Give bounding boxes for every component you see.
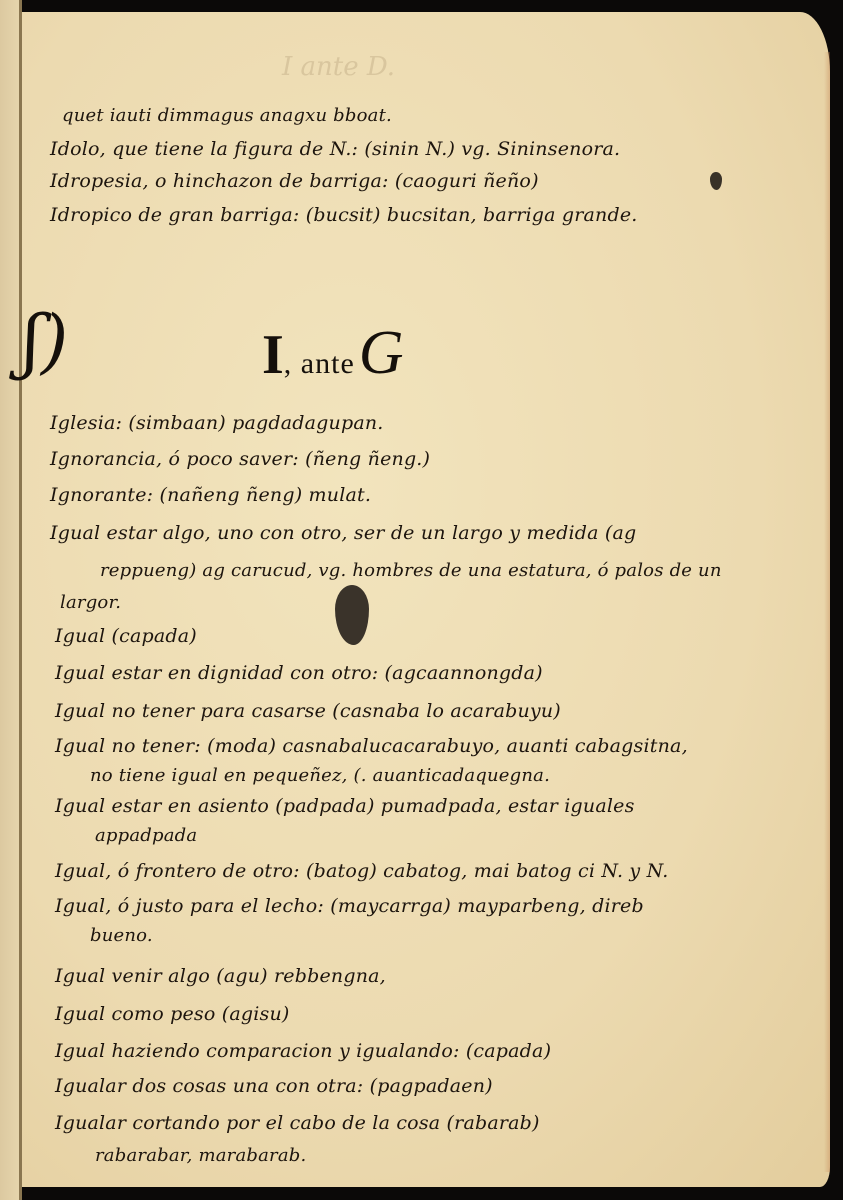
entry-13: Igual, ó frontero de otro: (batog) cabat… (55, 860, 668, 882)
entry-2: Ignorante: (nañeng ñeng) mulat. (50, 484, 371, 506)
entry-8: Igual no tener para casarse (casnaba lo … (55, 700, 561, 722)
line-top-2: Idropesia, o hinchazon de barriga: (caog… (50, 170, 539, 192)
heading-following-letter: G (359, 319, 404, 387)
entry-12: appadpada (95, 825, 197, 846)
entry-0: Iglesia: (simbaan) pagdadagupan. (50, 412, 384, 434)
entry-1: Ignorancia, ó poco saver: (ñeng ñeng.) (50, 448, 430, 470)
adjacent-left-page (0, 0, 20, 1200)
section-heading: I, ante G (262, 318, 404, 389)
heading-text: , ante (284, 347, 355, 380)
entry-19: Igualar dos cosas una con otra: (pagpada… (55, 1075, 493, 1097)
entry-5: largor. (60, 592, 121, 613)
entry-3: Igual estar algo, uno con otro, ser de u… (50, 522, 636, 544)
entry-10: no tiene igual en pequeñez, (. auanticad… (90, 765, 550, 786)
heading-letter: I (262, 324, 284, 386)
entry-6: Igual (capada) (55, 625, 197, 647)
bleedthrough-header: I ante D. (282, 52, 395, 82)
entry-4: reppueng) ag carucud, vg. hombres de una… (100, 560, 722, 581)
entry-18: Igual haziendo comparacion y igualando: … (55, 1040, 551, 1062)
line-top-1: Idolo, que tiene la figura de N.: (sinin… (50, 138, 620, 160)
entry-17: Igual como peso (agisu) (55, 1003, 290, 1025)
line-top-0: quet iauti dimmagus anagxu bboat. (62, 105, 392, 126)
flourish-left-icon: ʃ) (22, 300, 68, 382)
entry-9: Igual no tener: (moda) casnabalucacarabu… (55, 735, 688, 757)
entry-11: Igual estar en asiento (padpada) pumadpa… (55, 795, 635, 817)
entry-15: bueno. (90, 925, 153, 946)
entry-20: Igualar cortando por el cabo de la cosa … (55, 1112, 540, 1134)
entry-16: Igual venir algo (agu) rebbengna, (55, 965, 386, 987)
entry-21: rabarabar, marabarab. (95, 1145, 306, 1166)
entry-14: Igual, ó justo para el lecho: (maycarrga… (55, 895, 644, 917)
line-top-3: Idropico de gran barriga: (bucsit) bucsi… (50, 204, 638, 226)
entry-7: Igual estar en dignidad con otro: (agcaa… (55, 662, 543, 684)
